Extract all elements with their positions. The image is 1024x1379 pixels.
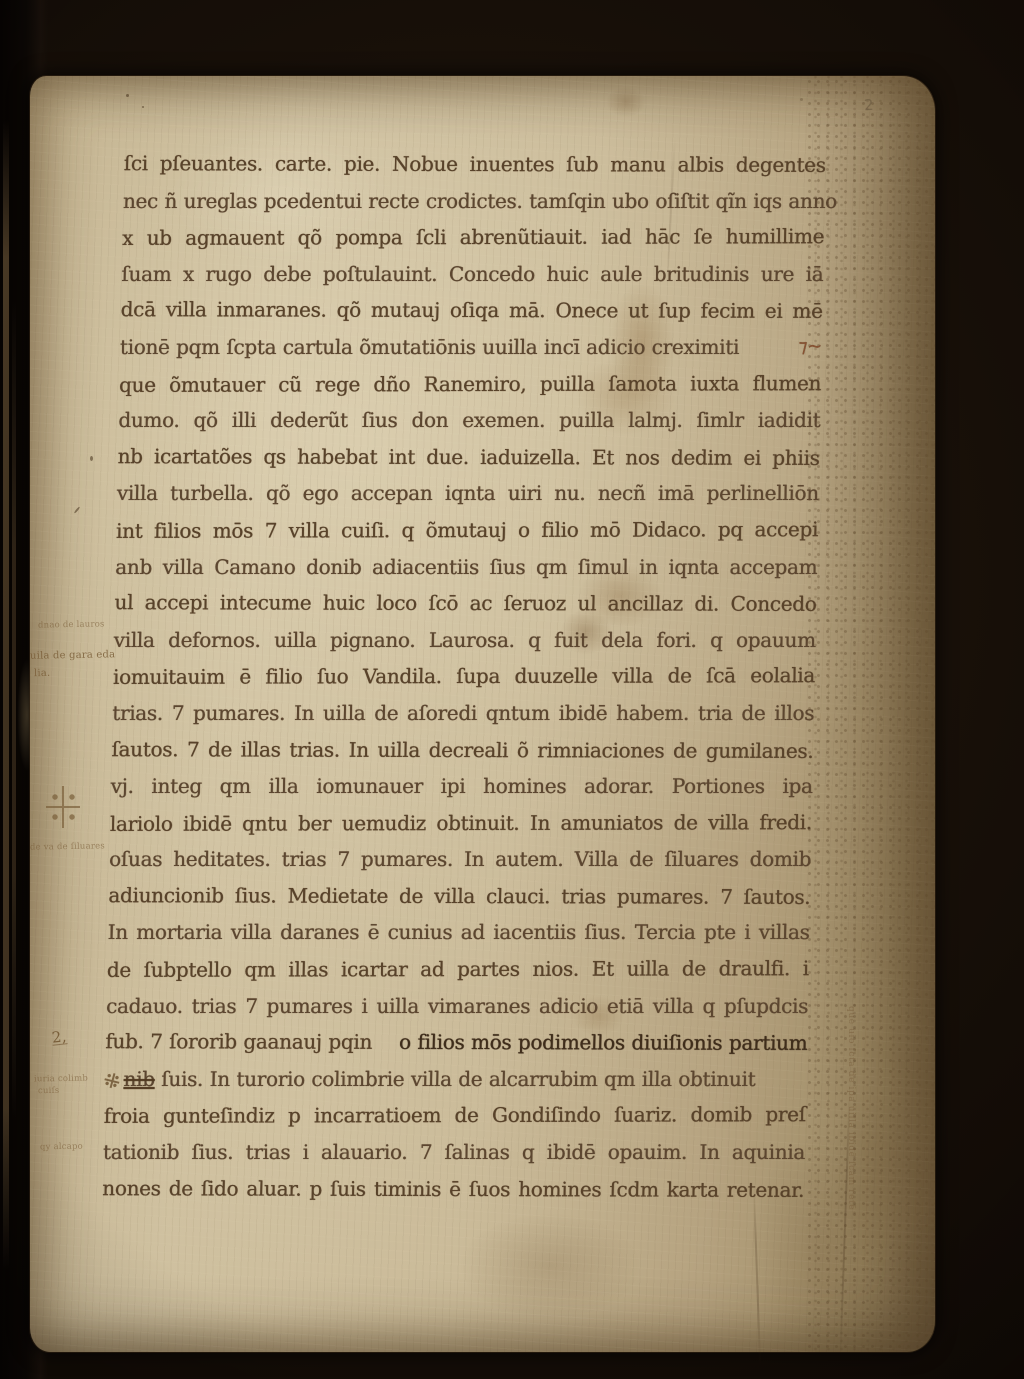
manuscript-line-text: fub. 7 ſororib gaanauj pqin bbox=[105, 1023, 373, 1060]
right-margin-vertical-note: que uio ſcta de ipa uilla ibidē ſcam ret… bbox=[846, 1006, 856, 1256]
manuscript-line: nones de ſido aluar. p ſuis timinis ē ſu… bbox=[102, 1170, 805, 1208]
left-margin-note: cuiſs bbox=[38, 1086, 60, 1097]
manuscript-line: ſautos. 7 de illas trias. In uilla decre… bbox=[111, 731, 814, 769]
manuscript-line: nec ñ ureglas pcedentui recte crodictes.… bbox=[123, 183, 826, 220]
parchment-hairside-texture bbox=[805, 76, 935, 1352]
left-margin-note: de va de ſiluares bbox=[30, 841, 105, 853]
cross-mark-icon bbox=[103, 1071, 121, 1089]
manuscript-line: nb icartatões qs habebat int due. iaduiz… bbox=[117, 438, 820, 476]
manuscript-line: iomuitauim ē filio ſuo Vandila. ſupa duu… bbox=[113, 657, 816, 695]
ink-speck bbox=[126, 94, 129, 97]
left-margin-note: lia. bbox=[34, 668, 51, 679]
manuscript-line: x ub agmauent qõ pompa ſcli abrenũtiauit… bbox=[122, 218, 825, 256]
manuscript-line: vj. integ qm illa iomunauer ipi homines … bbox=[110, 768, 813, 805]
manuscript-line: villa turbella. qõ ego accepan iqnta uir… bbox=[116, 475, 819, 512]
manuscript-line-with-expunction: nib ſuis. In turorio colimbrie villa de … bbox=[104, 1061, 807, 1098]
manuscript-line: ſuam x rugo debe poſtulauint. Concedo hu… bbox=[121, 256, 824, 293]
left-margin-numeral: 2, bbox=[51, 1031, 67, 1045]
manuscript-line: de ſubptello qm illas icartar ad partes … bbox=[107, 950, 810, 988]
ink-speck bbox=[142, 106, 144, 108]
manuscript-text-block: ſci pſeuantes. carte. pie. Nobue inuente… bbox=[102, 146, 826, 1207]
manuscript-line-text: tionē pqm ſcpta cartula õmutatiōnis uuil… bbox=[120, 329, 740, 366]
folio-edge-sliver bbox=[3, 120, 9, 1270]
manuscript-line: adiuncionib ſius. Medietate de villa cla… bbox=[108, 877, 811, 915]
manuscript-photo: 2 ſci pſeuantes. carte. pie. Nobue inuen… bbox=[0, 0, 1024, 1379]
left-margin-note: uila de gara eda bbox=[30, 649, 115, 661]
manuscript-line: anb villa Camano donib adiacentiis ſius … bbox=[115, 549, 818, 586]
left-margin-note: iuria colimb bbox=[34, 1074, 88, 1086]
manuscript-line: int filios mōs 7 villa cuiſi. q õmutauj … bbox=[116, 511, 819, 549]
folio-number: 2 bbox=[863, 96, 874, 115]
left-margin-note: qy alcapo bbox=[40, 1142, 83, 1154]
manuscript-line: ſci pſeuantes. carte. pie. Nobue inuente… bbox=[123, 145, 826, 183]
parchment-page: 2 ſci pſeuantes. carte. pie. Nobue inuen… bbox=[30, 76, 935, 1352]
manuscript-line-with-insertion: fub. 7 ſororib gaanauj pqin o filios mōs… bbox=[105, 1023, 808, 1061]
pen-trial-stroke bbox=[74, 506, 81, 513]
manuscript-line: dumo. qõ illi dederũt ſius don exemen. p… bbox=[118, 402, 821, 439]
manuscript-line: cadauo. trias 7 pumares i uilla vimarane… bbox=[106, 988, 809, 1025]
manuscript-line: que õmutauer cũ rege dño Ranemiro, puill… bbox=[119, 365, 822, 403]
manuscript-line: tionē pqm ſcpta cartula õmutatiōnis uuil… bbox=[120, 329, 823, 366]
manuscript-line: tationib ſius. trias i alauario. 7 ſalin… bbox=[103, 1134, 806, 1171]
manuscript-line: froia gunteſindiz p incarratioem de Gond… bbox=[103, 1097, 806, 1135]
manuscript-line: In mortaria villa daranes ē cunius ad ia… bbox=[107, 914, 810, 951]
cross-with-dots-icon bbox=[46, 786, 80, 828]
manuscript-line: lariolo ibidē qntu ber uemudiz obtinuit.… bbox=[110, 804, 813, 842]
ink-speck bbox=[90, 456, 93, 461]
manuscript-line: villa defornos. uilla pignano. Laurosa. … bbox=[113, 622, 816, 659]
expunged-word: nib bbox=[123, 1067, 155, 1091]
parchment-crease bbox=[753, 1186, 761, 1366]
manuscript-line: ul accepi intecume huic loco ſcō ac ſeru… bbox=[114, 584, 817, 622]
manuscript-line: trias. 7 pumares. In uilla de aſoredi qn… bbox=[112, 695, 815, 732]
left-margin-note: dnao de lauros bbox=[38, 619, 105, 631]
ink-speck bbox=[800, 98, 803, 101]
manuscript-line: oſuas heditates. trias 7 pumares. In aut… bbox=[109, 841, 812, 878]
manuscript-line-text: ſuis. In turorio colimbrie villa de alca… bbox=[155, 1067, 756, 1091]
manuscript-line: dcā villa inmaranes. qõ mutauj oſiqa mā.… bbox=[120, 292, 823, 330]
later-hand-insertion: o filios mōs podimellos diuiſionis parti… bbox=[399, 1024, 808, 1062]
rubric-flourish: ⁊~ bbox=[798, 329, 822, 366]
